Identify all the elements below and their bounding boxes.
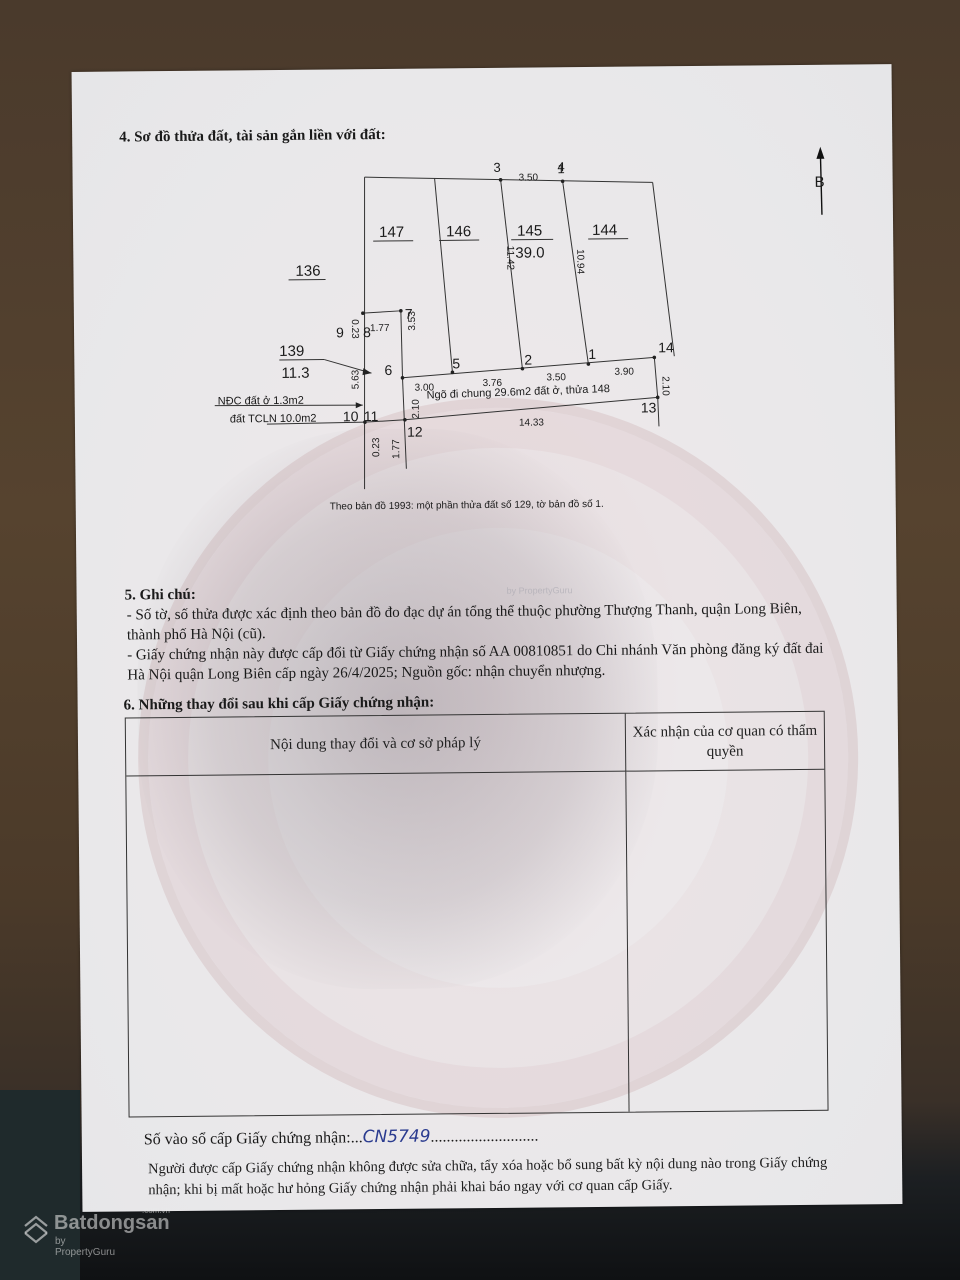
parcel-136: 136 [295, 263, 320, 280]
diagram-label: 9 [336, 324, 344, 340]
batdongsan-logo-icon [22, 1214, 50, 1244]
diagram-label: 5 [452, 355, 460, 371]
tcln-annotation: đất TCLN 10.0m2 [230, 413, 317, 426]
land-certificate-page: 4. Sơ đồ thửa đất, tài sản gắn liền với … [72, 64, 903, 1212]
watermark-by: by PropertyGuru [55, 1236, 115, 1258]
north-label: B [815, 174, 825, 191]
diagram-label: 3.50 [519, 172, 539, 183]
ndc-annotation: NĐC đất ở 1.3m2 [218, 395, 304, 408]
diagram-label: 6 [384, 362, 392, 378]
diagram-label: 1 [588, 346, 596, 362]
diagram-label: 11.42 [504, 246, 515, 271]
parcel-144: 144 [592, 222, 617, 239]
table-cell-confirmation [626, 770, 827, 1112]
note-item: - Giấy chứng nhận này được cấp đổi từ Gi… [125, 639, 825, 686]
parcel-145-area: 39.0 [515, 244, 544, 261]
section5-notes: 5. Ghi chú: - Số tờ, số thửa được xác đị… [124, 579, 825, 686]
diagram-label: 10 [343, 408, 359, 424]
diagram-label: 3.53 [407, 311, 418, 331]
note-item: - Số tờ, số thửa được xác định theo bản … [125, 599, 825, 646]
parcel-139-area: 11.3 [281, 365, 309, 382]
diagram-label: 0.23 [371, 437, 382, 457]
diagram-label: 2 [524, 352, 532, 368]
watermark-brand: Batdongsan [54, 1212, 170, 1235]
land-plot-diagram: B 136 147 146 145 39.0 144 139 11.3 1 3 … [72, 64, 896, 532]
diagram-label: 1.77 [391, 439, 402, 459]
parcel-147: 147 [379, 224, 404, 241]
lane-annotation: Ngõ đi chung 29.6m2 đất ở, thửa 148 [426, 383, 610, 402]
diagram-label: 3.90 [614, 367, 634, 378]
parcel-146: 146 [446, 223, 471, 240]
diagram-label: 13 [641, 399, 657, 415]
registration-number: Số vào sổ cấp Giấy chứng nhận:...CN5749.… [144, 1126, 539, 1150]
diagram-label: 10.94 [574, 249, 585, 275]
changes-table: Nội dung thay đổi và cơ sở pháp lý Xác n… [125, 711, 829, 1118]
diagram-label: 5.63 [350, 369, 361, 389]
table-cell-content [126, 772, 629, 1117]
diagram-label: 14 [658, 339, 674, 355]
diagram-label: 1.77 [370, 323, 390, 334]
diagram-label: 2.10 [659, 376, 670, 396]
watermark-domain: .com.vn [142, 1206, 170, 1215]
diagram-label: 3.50 [546, 372, 566, 383]
table-header-confirmation: Xác nhận của cơ quan có thẩm quyền [626, 712, 825, 772]
parcel-145: 145 [517, 222, 542, 239]
diagram-label: 2.10 [411, 399, 422, 419]
registration-label: Số vào sổ cấp Giấy chứng nhận: [144, 1129, 351, 1148]
diagram-label: 3 [493, 160, 500, 175]
diagram-label: 0.23 [349, 319, 360, 339]
section6-title: 6. Những thay đổi sau khi cấp Giấy chứng… [124, 695, 435, 715]
parcel-139: 139 [279, 343, 304, 360]
diagram-label: 14.33 [519, 417, 545, 428]
table-header-content: Nội dung thay đổi và cơ sở pháp lý [126, 714, 627, 777]
diagram-label: 4 [557, 159, 564, 174]
diagram-label: 12 [407, 424, 423, 440]
diagram-label: 11 [364, 408, 379, 424]
warning-text: Người được cấp Giấy chứng nhận không đượ… [148, 1152, 858, 1201]
handwritten-number: CN5749 [363, 1127, 431, 1148]
